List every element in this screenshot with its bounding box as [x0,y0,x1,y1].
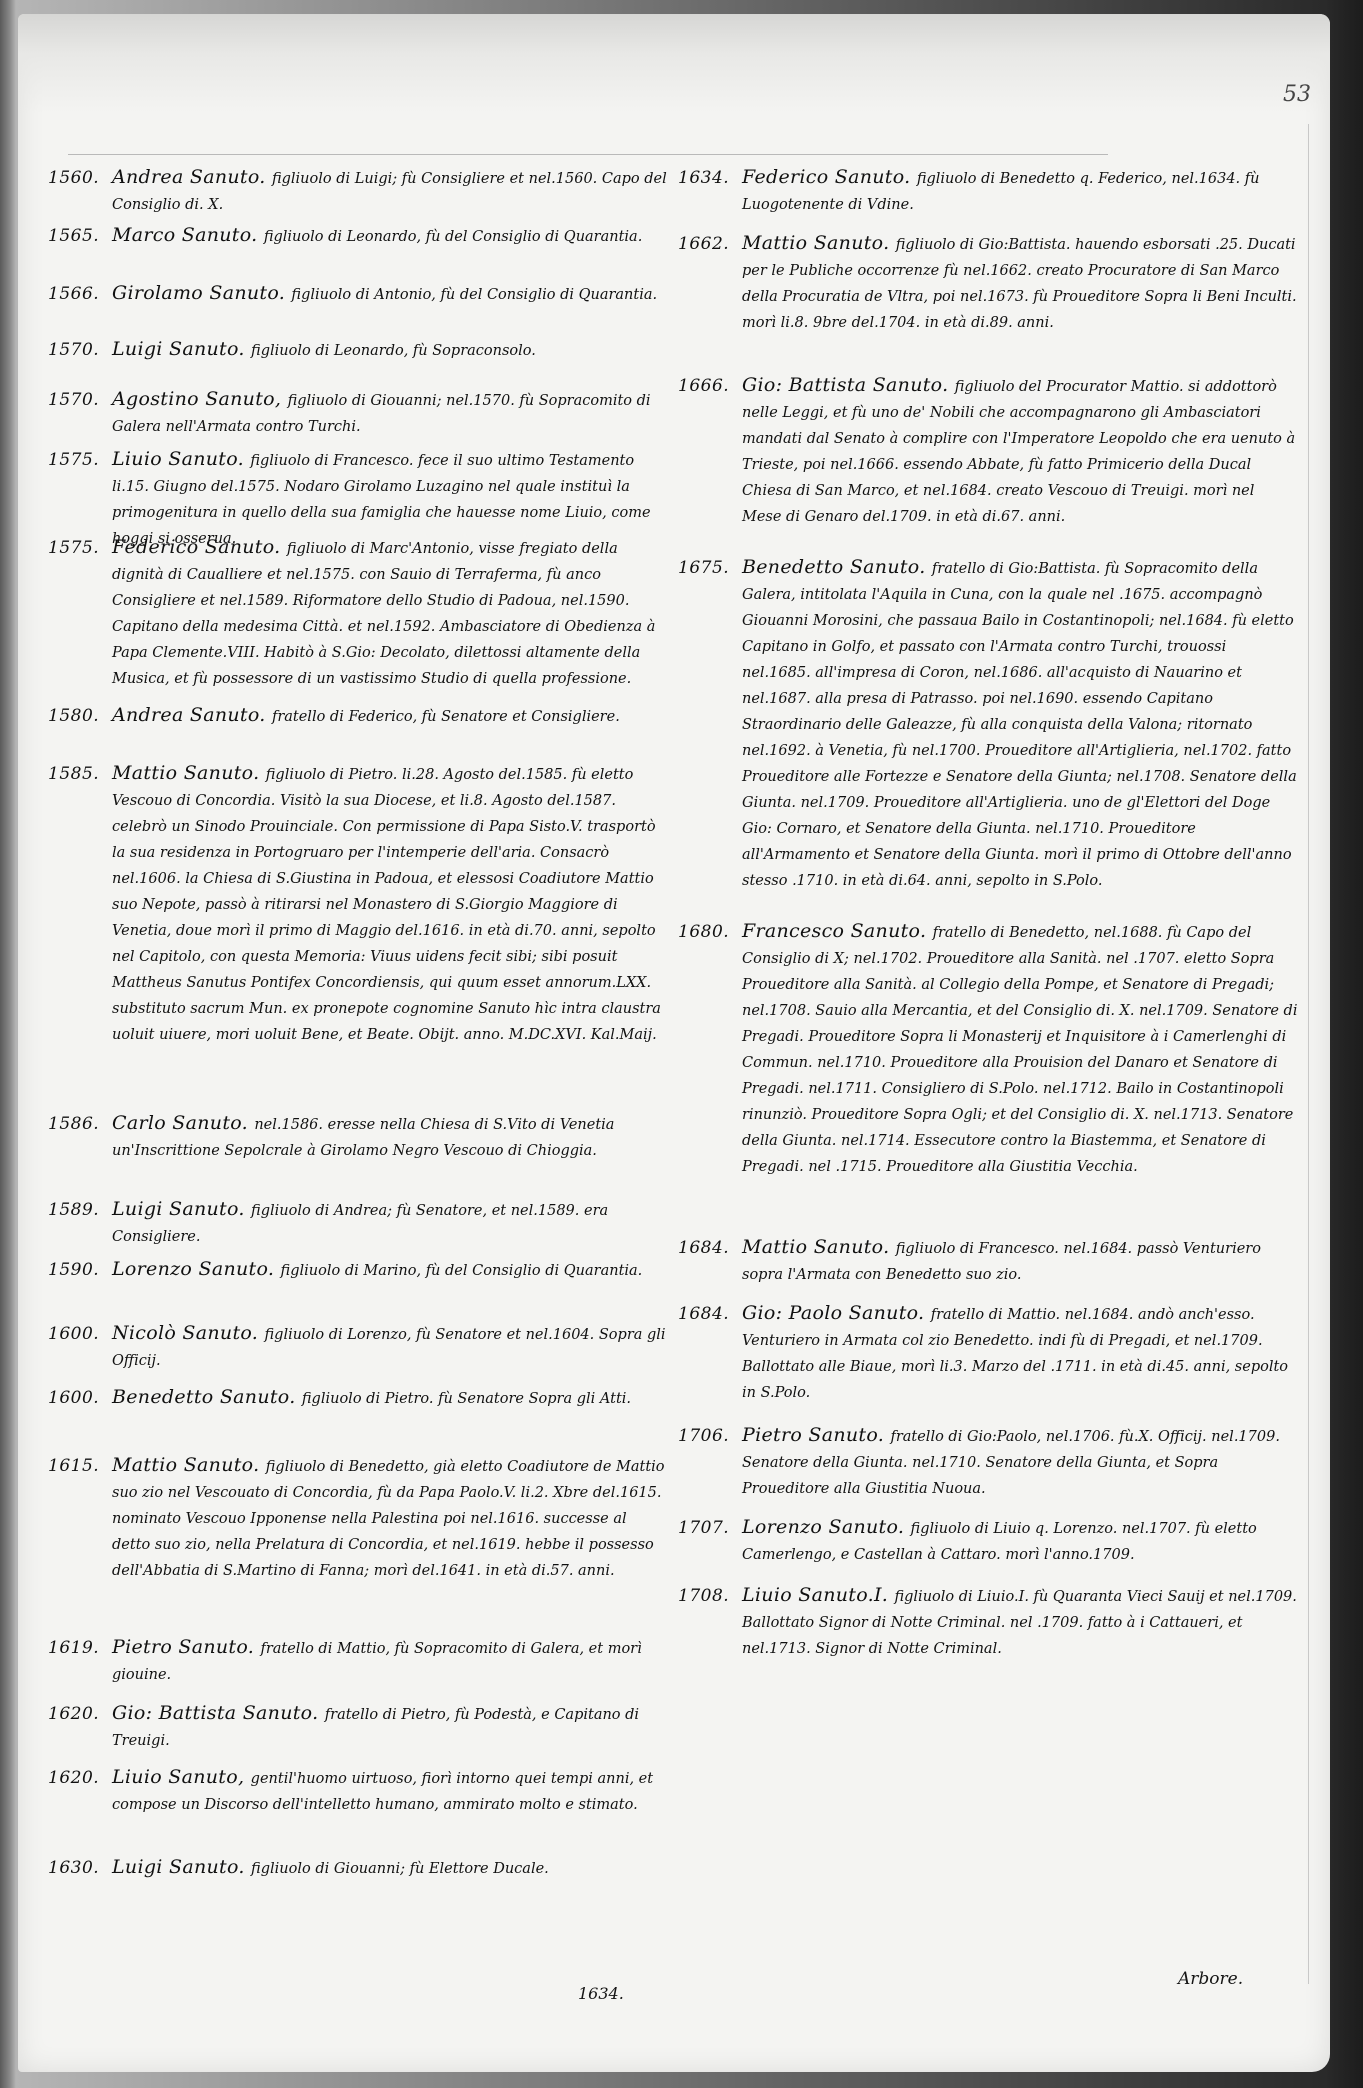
entry-year: 1586. [48,1110,112,1137]
entry-name: Nicolò Sanuto. [112,1322,264,1344]
entry-body: Gio: Paolo Sanuto. fratello di Mattio. n… [742,1300,1298,1406]
entry-year: 1589. [48,1196,112,1223]
genealogy-entry: 1565. Marco Sanuto. figliuolo di Leonard… [48,222,668,250]
entry-year: 1662. [678,230,742,257]
genealogy-entry: 1662. Mattio Sanuto. figliuolo di Gio:Ba… [678,230,1298,336]
genealogy-entry: 1634. Federico Sanuto. figliuolo di Bene… [678,164,1298,218]
genealogy-entry: 1680. Francesco Sanuto. fratello di Bene… [678,918,1298,1180]
entry-year: 1600. [48,1320,112,1347]
top-ruled-line [68,154,1108,155]
entry-name: Luigi Sanuto. [112,1856,251,1878]
entry-year: 1615. [48,1452,112,1479]
entry-year: 1570. [48,386,112,413]
entry-name: Federico Sanuto. [112,536,287,558]
entry-year: 1575. [48,446,112,473]
genealogy-entry: 1580. Andrea Sanuto. fratello di Federic… [48,702,668,730]
genealogy-entry: 1585. Mattio Sanuto. figliuolo di Pietro… [48,760,668,1048]
entry-text: figliuolo di Pietro. li.28. Agosto del.1… [112,767,661,1043]
genealogy-entry: 1570. Luigi Sanuto. figliuolo di Leonard… [48,336,668,364]
entry-body: Federico Sanuto. figliuolo di Benedetto … [742,164,1298,218]
entry-name: Andrea Sanuto. [112,166,272,188]
entry-name: Luigi Sanuto. [112,338,251,360]
entry-text: figliuolo del Procurator Mattio. si addo… [742,379,1295,525]
entry-name: Benedetto Sanuto. [742,556,932,578]
genealogy-entry: 1706. Pietro Sanuto. fratello di Gio:Pao… [678,1422,1298,1502]
genealogy-entry: 1619. Pietro Sanuto. fratello di Mattio,… [48,1634,668,1688]
genealogy-entry: 1600. Nicolò Sanuto. figliuolo di Lorenz… [48,1320,668,1374]
entry-name: Lorenzo Sanuto. [742,1516,911,1538]
genealogy-entry: 1684. Mattio Sanuto. figliuolo di France… [678,1234,1298,1288]
entry-text: figliuolo di Leonardo, fù Sopraconsolo. [251,343,536,359]
entry-year: 1566. [48,280,112,307]
entry-name: Lorenzo Sanuto. [112,1258,281,1280]
entry-name: Gio: Paolo Sanuto. [742,1302,931,1324]
entry-body: Luigi Sanuto. figliuolo di Andrea; fù Se… [112,1196,668,1250]
entry-body: Pietro Sanuto. fratello di Mattio, fù So… [112,1634,668,1688]
entry-year: 1707. [678,1514,742,1541]
genealogy-entry: 1684. Gio: Paolo Sanuto. fratello di Mat… [678,1300,1298,1406]
entry-name: Carlo Sanuto. [112,1112,254,1134]
entry-name: Agostino Sanuto, [112,388,288,410]
entry-year: 1560. [48,164,112,191]
entry-year: 1708. [678,1582,742,1609]
entry-year: 1666. [678,372,742,399]
entry-name: Marco Sanuto. [112,224,264,246]
genealogy-entry: 1575. Federico Sanuto. figliuolo di Marc… [48,534,668,692]
entry-text: figliuolo di Antonio, fù del Consiglio d… [291,287,657,303]
entry-year: 1570. [48,336,112,363]
entry-name: Gio: Battista Sanuto. [112,1702,325,1724]
entry-body: Lorenzo Sanuto. figliuolo di Marino, fù … [112,1256,668,1284]
entry-name: Girolamo Sanuto. [112,282,291,304]
entry-body: Federico Sanuto. figliuolo di Marc'Anton… [112,534,668,692]
entry-name: Mattio Sanuto. [742,232,896,254]
entry-name: Mattio Sanuto. [112,762,266,784]
genealogy-entry: 1675. Benedetto Sanuto. fratello di Gio:… [678,554,1298,894]
entry-body: Carlo Sanuto. nel.1586. eresse nella Chi… [112,1110,668,1164]
entry-year: 1575. [48,534,112,561]
entry-body: Liuio Sanuto, gentil'huomo uirtuoso, fio… [112,1764,668,1818]
genealogy-entry: 1707. Lorenzo Sanuto. figliuolo di Liuio… [678,1514,1298,1568]
entry-year: 1680. [678,918,742,945]
entry-year: 1619. [48,1634,112,1661]
entry-text: figliuolo di Benedetto, già eletto Coadi… [112,1459,665,1579]
entry-body: Benedetto Sanuto. fratello di Gio:Battis… [742,554,1298,894]
catchword: Arbore. [1178,1969,1243,1989]
folio-number: 53 [1283,82,1311,107]
entry-text: figliuolo di Giouanni; fù Elettore Ducal… [251,1861,549,1877]
entry-name: Mattio Sanuto. [742,1236,896,1258]
entry-text: figliuolo di Leonardo, fù del Consiglio … [264,229,642,245]
entry-body: Luigi Sanuto. figliuolo di Giouanni; fù … [112,1854,668,1882]
entry-body: Liuio Sanuto.I. figliuolo di Liuio.I. fù… [742,1582,1298,1662]
entry-text: fratello di Gio:Battista. fù Sopracomito… [742,561,1297,889]
entry-body: Gio: Battista Sanuto. fratello di Pietro… [112,1700,668,1754]
manuscript-page: 53 1560. Andrea Sanuto. figliuolo di Lui… [18,14,1330,2072]
genealogy-entry: 1666. Gio: Battista Sanuto. figliuolo de… [678,372,1298,530]
genealogy-entry: 1586. Carlo Sanuto. nel.1586. eresse nel… [48,1110,668,1164]
entry-body: Andrea Sanuto. figliuolo di Luigi; fù Co… [112,164,668,218]
entry-year: 1620. [48,1700,112,1727]
entry-name: Pietro Sanuto. [112,1636,260,1658]
entry-text: figliuolo di Marino, fù del Consiglio di… [281,1263,643,1279]
entry-name: Pietro Sanuto. [742,1424,890,1446]
entry-body: Agostino Sanuto, figliuolo di Giouanni; … [112,386,668,440]
entry-body: Andrea Sanuto. fratello di Federico, fù … [112,702,668,730]
entry-name: Liuio Sanuto.I. [742,1584,894,1606]
entry-year: 1580. [48,702,112,729]
entry-name: Gio: Battista Sanuto. [742,374,955,396]
entry-year: 1630. [48,1854,112,1881]
entry-year: 1585. [48,760,112,787]
genealogy-entry: 1600. Benedetto Sanuto. figliuolo di Pie… [48,1384,668,1412]
entry-body: Mattio Sanuto. figliuolo di Francesco. n… [742,1234,1298,1288]
genealogy-entry: 1630. Luigi Sanuto. figliuolo di Giouann… [48,1854,668,1882]
genealogy-entry: 1590. Lorenzo Sanuto. figliuolo di Marin… [48,1256,668,1284]
entry-year: 1706. [678,1422,742,1449]
entry-name: Liuio Sanuto, [112,1766,251,1788]
genealogy-entry: 1708. Liuio Sanuto.I. figliuolo di Liuio… [678,1582,1298,1662]
entry-name: Liuio Sanuto. [112,448,250,470]
genealogy-entry: 1566. Girolamo Sanuto. figliuolo di Anto… [48,280,668,308]
entry-year: 1634. [678,164,742,191]
genealogy-entry: 1570. Agostino Sanuto, figliuolo di Giou… [48,386,668,440]
genealogy-entry: 1620. Liuio Sanuto, gentil'huomo uirtuos… [48,1764,668,1818]
entry-name: Luigi Sanuto. [112,1198,251,1220]
entry-name: Federico Sanuto. [742,166,917,188]
entry-text: fratello di Federico, fù Senatore et Con… [272,709,620,725]
entry-name: Mattio Sanuto. [112,1454,266,1476]
genealogy-entry: 1615. Mattio Sanuto. figliuolo di Benede… [48,1452,668,1584]
entry-body: Luigi Sanuto. figliuolo di Leonardo, fù … [112,336,668,364]
entry-body: Mattio Sanuto. figliuolo di Benedetto, g… [112,1452,668,1584]
entry-body: Girolamo Sanuto. figliuolo di Antonio, f… [112,280,668,308]
entry-name: Francesco Sanuto. [742,920,933,942]
footer-year: 1634. [578,1984,624,2003]
entry-body: Gio: Battista Sanuto. figliuolo del Proc… [742,372,1298,530]
entry-body: Lorenzo Sanuto. figliuolo di Liuio q. Lo… [742,1514,1298,1568]
entry-year: 1684. [678,1300,742,1327]
entry-year: 1684. [678,1234,742,1261]
entry-name: Andrea Sanuto. [112,704,272,726]
entry-body: Francesco Sanuto. fratello di Benedetto,… [742,918,1298,1180]
genealogy-entry: 1620. Gio: Battista Sanuto. fratello di … [48,1700,668,1754]
entry-year: 1620. [48,1764,112,1791]
entry-body: Benedetto Sanuto. figliuolo di Pietro. f… [112,1384,668,1412]
entry-body: Nicolò Sanuto. figliuolo di Lorenzo, fù … [112,1320,668,1374]
entry-body: Marco Sanuto. figliuolo di Leonardo, fù … [112,222,668,250]
entry-body: Mattio Sanuto. figliuolo di Pietro. li.2… [112,760,668,1048]
entry-body: Mattio Sanuto. figliuolo di Gio:Battista… [742,230,1298,336]
entry-year: 1675. [678,554,742,581]
genealogy-entry: 1560. Andrea Sanuto. figliuolo di Luigi;… [48,164,668,218]
entry-year: 1590. [48,1256,112,1283]
entry-year: 1565. [48,222,112,249]
entry-body: Pietro Sanuto. fratello di Gio:Paolo, ne… [742,1422,1298,1502]
genealogy-entry: 1589. Luigi Sanuto. figliuolo di Andrea;… [48,1196,668,1250]
entry-year: 1600. [48,1384,112,1411]
right-margin-line [1308,124,1309,1984]
entry-text: fratello di Benedetto, nel.1688. fù Capo… [742,925,1297,1175]
entry-text: figliuolo di Pietro. fù Senatore Sopra g… [302,1391,631,1407]
entry-name: Benedetto Sanuto. [112,1386,302,1408]
entry-text: figliuolo di Marc'Antonio, visse fregiat… [112,541,655,687]
